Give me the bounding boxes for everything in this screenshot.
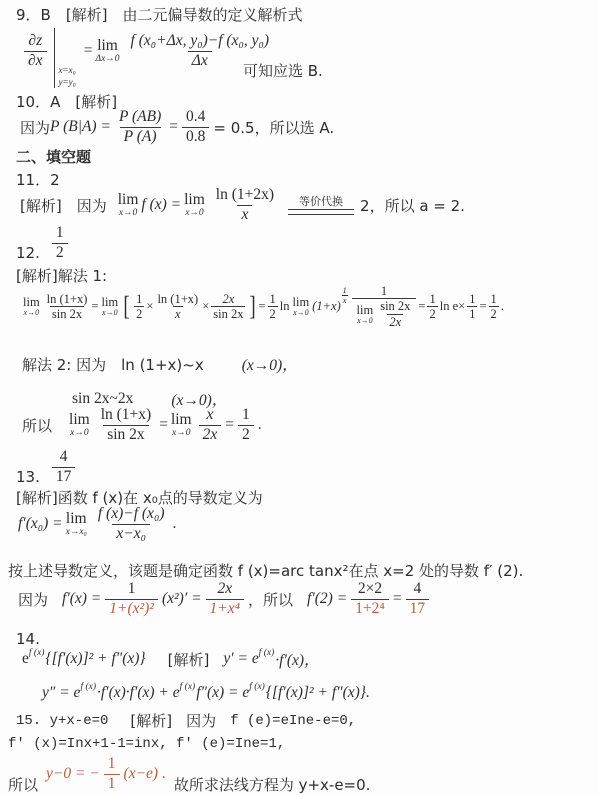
times-sign: ×	[202, 299, 209, 314]
q13-number: 13.	[16, 468, 40, 486]
lim-word: lim	[184, 192, 205, 208]
sin-over-2x-fraction: sin 2x 2x	[378, 299, 412, 329]
final-expression: {[f′(x)]² + f″(x)}.	[266, 684, 370, 702]
section-heading: 二、填空题	[16, 146, 91, 167]
q14-answer-expression: {[f′(x)]² + f″(x)}	[45, 650, 145, 668]
2x-over-sin-fraction: 2x sin 2x	[211, 292, 245, 322]
limit-operator: lim x→0	[171, 412, 192, 438]
q13-answer-label: 13. 4 17	[16, 448, 79, 486]
q15-conclusion: 故所求法线方程为 y+x-e=0.	[174, 774, 371, 795]
period: .	[501, 299, 504, 314]
limit-operator: lim x→0	[118, 192, 139, 218]
limit-operator: lim x→0	[23, 296, 40, 318]
therefore-label: 所以	[22, 415, 52, 436]
q11-formula: [解析] 因为 lim x→0 f (x) = lim x→0 ln (1+2x…	[20, 186, 465, 224]
equivalence-annotation: 等价代换	[299, 196, 343, 207]
evaluation-bar: x=x₀ y=y₀	[54, 28, 78, 88]
q12-method2-line1: 解法 2: 因为 ln (1+x)~x (x→0)，	[22, 353, 298, 375]
red-denominator-text: 1+(x²)²	[109, 600, 154, 617]
q10-formula: 因为 P (B|A) = P (AB) P (A) = 0.4 0.8 = 0.…	[20, 108, 334, 146]
as-x-to-0: (x→0)，	[242, 353, 298, 375]
denominator: 2	[134, 306, 144, 321]
partial-derivative-fraction: ∂z ∂x	[24, 32, 47, 70]
numerator: ln (1+x)	[155, 292, 200, 306]
one-half-fraction: 1 2	[134, 292, 144, 322]
times-sign: ×	[458, 299, 465, 314]
exponent-f-x: f (x)	[259, 648, 275, 658]
scanned-answer-key-page: 9．B [解析] 由二元偏导数的定义解析式 ∂z ∂x x=x₀ y=y₀ = …	[0, 0, 598, 795]
probability-fraction: P (AB) P (A)	[115, 108, 165, 146]
difference-quotient-fraction: f (x)−f (x₀) x−x₀	[94, 505, 169, 543]
q12-method1-text: [解析]解法 1:	[16, 265, 107, 286]
limit-operator: lim x→0	[293, 296, 310, 318]
denominator: 1	[104, 774, 120, 794]
lim-word: lim	[23, 296, 40, 309]
x-denominator: x	[237, 205, 252, 225]
equals-sign: =	[393, 590, 402, 608]
double-equals-bar	[288, 209, 354, 215]
lim-subscript: x→0	[293, 309, 309, 317]
f-of-x: f (x) =	[141, 196, 181, 214]
x-minus-e: (x−e) .	[124, 765, 166, 783]
q14-number: 14.	[16, 630, 40, 648]
numerator: f (x)−f (x₀)	[94, 505, 169, 524]
partial-x: ∂x	[24, 51, 47, 71]
numerator: 1	[427, 292, 437, 306]
one-half-fraction: 1 2	[427, 292, 437, 322]
numerator: 1	[134, 292, 144, 306]
q9-conclusion: 可知应选 B.	[243, 60, 323, 81]
limit-operator: lim x→x₀	[66, 511, 87, 537]
exponent-denominator: x	[342, 295, 348, 305]
left-bracket: [	[123, 291, 129, 322]
exponent-f-x: f (x)	[29, 648, 45, 658]
denominator: 2	[427, 306, 437, 321]
p-ab: P (AB)	[115, 108, 165, 127]
simplified-fraction: 2x 1+x⁴	[206, 580, 244, 618]
limit-operator: lim x→0	[69, 412, 90, 438]
difference-denominator: Δx	[188, 51, 212, 71]
f-prime-x0: f′(x₀) =	[18, 515, 63, 533]
one-over-one-fraction: 1 1	[467, 292, 477, 322]
lim-subscript: x→x₀	[66, 528, 87, 538]
period: .	[173, 515, 177, 533]
condition-x: x=x₀	[59, 64, 76, 76]
denominator: 1+x⁴	[206, 599, 244, 619]
problem-restatement: 按上述导数定义，该题是确定函数 f (x)=arc tanx²在点 x=2 处的…	[8, 560, 523, 581]
times-f-prime: ·f′(x)，	[275, 648, 319, 670]
q12-method1-heading: [解析]解法 1:	[16, 265, 107, 286]
exponent-f-x: f (x)	[80, 682, 96, 692]
denominator: sin 2x	[211, 306, 245, 321]
lim-word: lim	[69, 412, 90, 428]
y-minus-0: y−0 = −	[46, 765, 100, 783]
answer-numerator: 4	[56, 448, 72, 467]
numerator: x	[202, 406, 217, 425]
numerator: 2x	[220, 292, 236, 306]
numeric-fraction: 0.4 0.8	[182, 108, 209, 146]
ln-e: ln e	[440, 299, 458, 314]
difference-numerator: f (x₀+Δx, y₀)−f (x₀, y₀)	[127, 32, 273, 51]
denominator: 2x	[387, 314, 403, 329]
q11-tail: 2，所以 a = 2.	[360, 195, 465, 216]
q9-heading-text: 9．B [解析] 由二元偏导数的定义解析式	[16, 4, 303, 25]
evaluated-fraction: 2×2 1+2⁴	[351, 580, 389, 618]
right-bracket: ]	[250, 291, 256, 322]
denominator: 2	[268, 306, 278, 321]
lim-subscript: x→0	[70, 429, 88, 439]
limit-operator: lim x→0	[101, 296, 118, 318]
q12-answer-label: 12. 1 2	[16, 224, 72, 262]
denominator: 17	[406, 599, 430, 619]
limit-operator: lim x→0	[184, 192, 205, 218]
q15-line3: 所以 y−0 = − 1 1 (x−e) . 故所求法线方程为 y+x-e=0.	[8, 755, 370, 795]
numerator: 1	[268, 292, 278, 306]
limit-operator: lim Δx→0	[96, 38, 120, 64]
exponent-f-x: f (x)	[180, 682, 196, 692]
p-a: P (A)	[120, 127, 161, 147]
because-label: 因为	[18, 589, 48, 610]
numerator: 1	[124, 580, 140, 599]
exponent-numerator: 1	[343, 286, 347, 295]
partial-z: ∂z	[24, 32, 46, 51]
x-over-2x-fraction: x 2x	[199, 406, 222, 444]
q14-label: 14.	[16, 630, 40, 648]
result-fraction: 4 17	[406, 580, 430, 618]
q15-line2: f′ (x)=Inx+1-1=inx, f′ (e)=Ine=1,	[8, 736, 285, 752]
lim-word: lim	[118, 192, 139, 208]
answer-denominator: 17	[52, 467, 76, 487]
f-e-computation: f (e)=eIne-e=0,	[230, 713, 356, 729]
q10-tail: = 0.5，所以选 A.	[213, 117, 334, 138]
lim-word: lim	[101, 296, 118, 309]
q13-answer-fraction: 4 17	[52, 448, 76, 486]
numerator: 1	[238, 406, 254, 425]
one-plus-x-base: (1+x)	[312, 299, 341, 314]
f-prime-2: f′(2) =	[307, 590, 347, 608]
log-fraction: ln (1+2x) x	[212, 186, 278, 224]
numerator: 2x	[213, 580, 236, 599]
numerator: 4	[409, 580, 425, 599]
limit-operator: lim x→0	[357, 304, 374, 326]
ln-over-x-fraction: ln (1+x) x	[155, 292, 200, 322]
times-sign: ×	[146, 299, 153, 314]
lim-word: lim	[66, 511, 87, 527]
q14-line2: y″ = e f (x) ·f′(x)·f′(x) + e f (x) f″(x…	[42, 684, 370, 702]
numerator: sin 2x	[378, 299, 412, 313]
q10-lead: 因为	[20, 117, 50, 138]
equals-sign: =	[169, 118, 178, 136]
q12-method1-formula: lim x→0 ln (1+x) sin 2x = lim x→0 [ 1 2 …	[20, 284, 504, 329]
lim-subscript: x→0	[357, 317, 373, 325]
q11-lead: [解析] 因为	[20, 195, 107, 216]
equals-sign: =	[84, 42, 93, 60]
q12-method2-line3: 所以 lim x→0 ln (1+x) sin 2x = lim x→0 x 2…	[22, 406, 262, 444]
value-08: 0.8	[182, 127, 209, 147]
denominator-limit-row: lim x→0 sin 2x 2x	[352, 298, 417, 329]
reciprocal-limit-fraction: 1 lim x→0 sin 2x 2x	[352, 284, 417, 329]
equals-sign: =	[258, 299, 265, 314]
red-denominator-text: 1+x⁴	[210, 600, 240, 617]
q15-line1: 15. y+x-e=0 [解析] 因为 f (e)=eIne-e=0,	[16, 710, 356, 731]
q13-computation: 因为 f′(x) = 1 1+(x²)² (x²)′ = 2x 1+x⁴ ，所以…	[18, 580, 433, 618]
analysis-label: [解析]	[168, 649, 210, 670]
equals-sign: =	[418, 299, 425, 314]
denominator: 2	[238, 425, 254, 445]
denominator: 1+(x²)²	[105, 599, 158, 619]
lim-subscript: x→0	[185, 209, 203, 219]
answer-numerator: 1	[52, 224, 68, 243]
one-over-x-exponent: 1 x	[342, 286, 348, 306]
equals-sign: =	[479, 299, 486, 314]
denominator: sin 2x	[103, 425, 148, 445]
method2-statement: 解法 2: 因为 ln (1+x)~x	[22, 354, 204, 375]
answer-denominator: 2	[52, 243, 68, 263]
therefore-label: 所以	[8, 774, 38, 795]
q9-conclusion-text: 可知应选 B.	[243, 60, 323, 81]
y-prime-equals: y′ = e	[223, 650, 258, 668]
lim-subscript: x→0	[119, 209, 137, 219]
q12-number: 12.	[16, 244, 40, 262]
red-denominator-text: 1+2⁴	[355, 600, 385, 617]
one-half-fraction: 1 2	[238, 406, 254, 444]
q12-answer-fraction: 1 2	[52, 224, 68, 262]
normal-line-equation: y−0 = − 1 1 (x−e) .	[46, 755, 166, 793]
chain-rule-factor: (x²)′ =	[162, 590, 202, 608]
lim-word: lim	[293, 296, 310, 309]
lim-word: lim	[357, 304, 374, 317]
ln-numerator: ln (1+2x)	[212, 186, 278, 205]
one-half-fraction: 1 2	[489, 292, 499, 322]
q9-formula: ∂z ∂x x=x₀ y=y₀ = lim Δx→0 f (x₀+Δx, y₀)…	[20, 32, 277, 70]
period: .	[258, 416, 262, 434]
numerator: 1	[104, 755, 120, 774]
denominator: 2x	[199, 425, 222, 445]
lim-subscript: x→0	[24, 309, 40, 317]
y-double-prime-equals: y″ = e	[42, 684, 80, 702]
derivative-computation: f′ (x)=Inx+1-1=inx, f′ (e)=Ine=1,	[8, 736, 285, 752]
equals-sign: =	[159, 416, 168, 434]
lim-subscript: Δx→0	[96, 55, 120, 65]
lim-subscript: x→0	[172, 429, 190, 439]
lim-word: lim	[97, 38, 118, 54]
denominator: x−x₀	[112, 524, 150, 544]
lim-subscript: x→0	[102, 309, 118, 317]
q13-derivative-definition: f′(x₀) = lim x→x₀ f (x)−f (x₀) x−x₀ .	[18, 505, 176, 543]
e-base: e	[22, 650, 29, 668]
denominator: x	[173, 306, 183, 321]
one-half-fraction: 1 2	[268, 292, 278, 322]
ln-over-sin-fraction: ln (1+x) sin 2x	[45, 292, 90, 322]
q9-heading: 9．B [解析] 由二元偏导数的定义解析式	[16, 4, 303, 25]
denominator: 1+2⁴	[351, 599, 389, 619]
product-terms: ·f′(x)·f′(x) + e	[97, 684, 180, 702]
numerator: 1	[379, 284, 389, 298]
conditional-probability: P (B|A) =	[50, 118, 111, 136]
lim-word: lim	[171, 412, 192, 428]
ln-operator: ln	[280, 299, 290, 314]
numerator: ln (1+x)	[45, 292, 90, 306]
ln-over-sin-fraction: ln (1+x) sin 2x	[97, 406, 156, 444]
numerator: 1	[489, 292, 499, 306]
numerator: ln (1+x)	[97, 406, 156, 425]
denominator: sin 2x	[50, 306, 84, 321]
equals-sign: =	[225, 416, 234, 434]
section-heading-text: 二、填空题	[16, 146, 91, 167]
equivalent-substitution-equals: 等价代换	[288, 196, 354, 215]
q15-answer: 15. y+x-e=0	[16, 713, 108, 729]
numerator: 2×2	[354, 580, 386, 599]
denominator: 1	[467, 306, 477, 321]
arctan-derivative-fraction: 1 1+(x²)²	[105, 580, 158, 618]
denominator: 2	[489, 306, 499, 321]
therefore-label: ，所以	[248, 589, 293, 610]
analysis-label: [解析]	[130, 710, 172, 731]
q14-line1: e f (x) {[f′(x)]² + f″(x)} [解析] y′ = e f…	[22, 648, 320, 670]
value-04: 0.4	[182, 108, 209, 127]
slope-fraction: 1 1	[104, 755, 120, 793]
equals-sign: =	[91, 299, 98, 314]
f-prime-x: f′(x) =	[62, 590, 101, 608]
because-label: 因为	[186, 710, 216, 731]
condition-y: y=y₀	[59, 76, 76, 88]
exponent-f-x: f (x)	[249, 682, 265, 692]
numerator: 1	[467, 292, 477, 306]
q13-line2: 按上述导数定义，该题是确定函数 f (x)=arc tanx²在点 x=2 处的…	[8, 560, 523, 581]
second-derivative-term: f″(x) = e	[196, 684, 249, 702]
red-denominator-text: 17	[410, 600, 426, 617]
